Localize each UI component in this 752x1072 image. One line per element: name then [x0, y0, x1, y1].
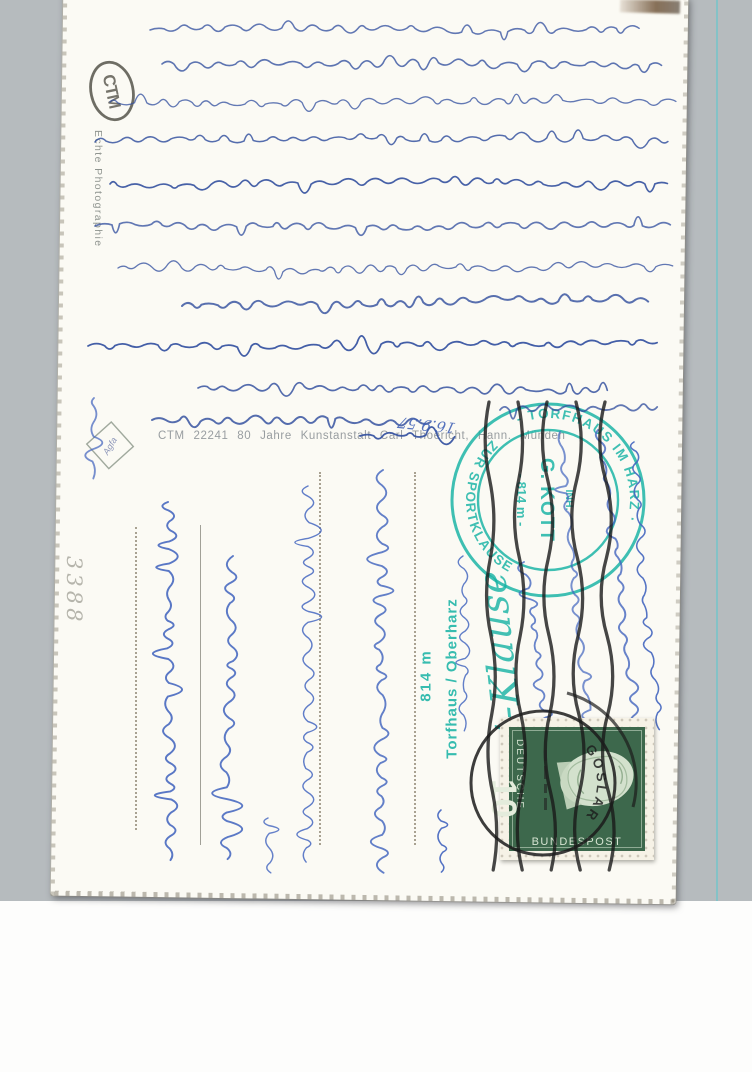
- postcard-scan: CTM 22241 80 Jahre Kunstanstalt Carl Tho…: [0, 0, 752, 1072]
- postmark-city-text: GOSLAR: [582, 742, 610, 825]
- svg-text:GOSLAR: GOSLAR: [582, 742, 610, 825]
- machine-cancel-layer: GOSLAR: [0, 0, 752, 1072]
